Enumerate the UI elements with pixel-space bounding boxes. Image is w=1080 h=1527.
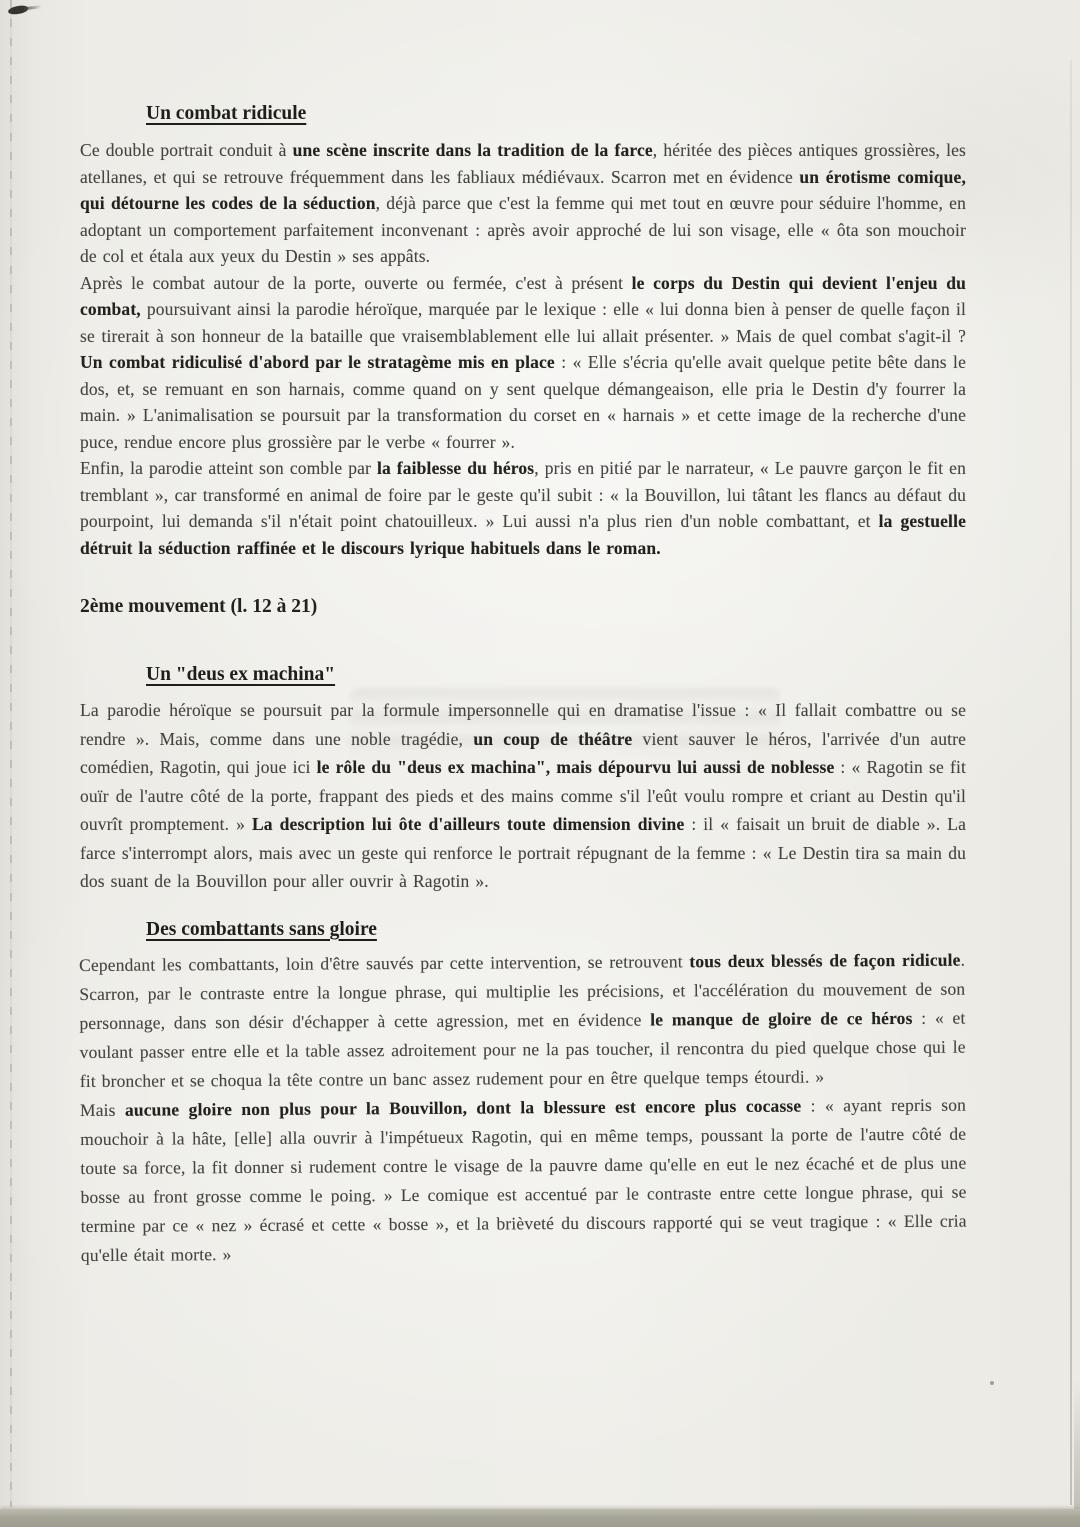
heading-combattants-sans-gloire: Des combattants sans gloire xyxy=(146,918,966,942)
paper-speck xyxy=(990,1381,994,1385)
heading-2eme-mouvement: 2ème mouvement (l. 12 à 21) xyxy=(80,595,966,619)
right-edge-line xyxy=(1070,60,1072,1505)
paragraph-tradition-farce: Ce double portrait conduit à une scène i… xyxy=(80,137,966,270)
final-paragraphs-block: Cependant les combattants, loin d'être s… xyxy=(79,945,967,1269)
paragraph-faiblesse-du-heros: Enfin, la parodie atteint son comble par… xyxy=(80,455,966,561)
heading-deus-ex-machina: Un "deus ex machina" xyxy=(146,663,966,687)
scanner-edge-shadow xyxy=(0,1509,1080,1527)
left-crease-line xyxy=(10,0,12,1507)
bottom-right-shade xyxy=(1074,1379,1080,1509)
paragraph-blesses-ridicules: Cependant les combattants, loin d'être s… xyxy=(79,945,966,1095)
paragraph-deus-ex-machina: La parodie héroïque se poursuit par la f… xyxy=(80,696,966,896)
document-body: Un combat ridicule Ce double portrait co… xyxy=(80,102,966,1270)
scanned-document-page: Un combat ridicule Ce double portrait co… xyxy=(0,0,1080,1527)
paragraph-blessure-bouvillon: Mais aucune gloire non plus pour la Bouv… xyxy=(80,1090,967,1269)
heading-un-combat-ridicule: Un combat ridicule xyxy=(146,102,966,126)
paragraph-corps-du-destin: Après le combat autour de la porte, ouve… xyxy=(80,270,966,456)
